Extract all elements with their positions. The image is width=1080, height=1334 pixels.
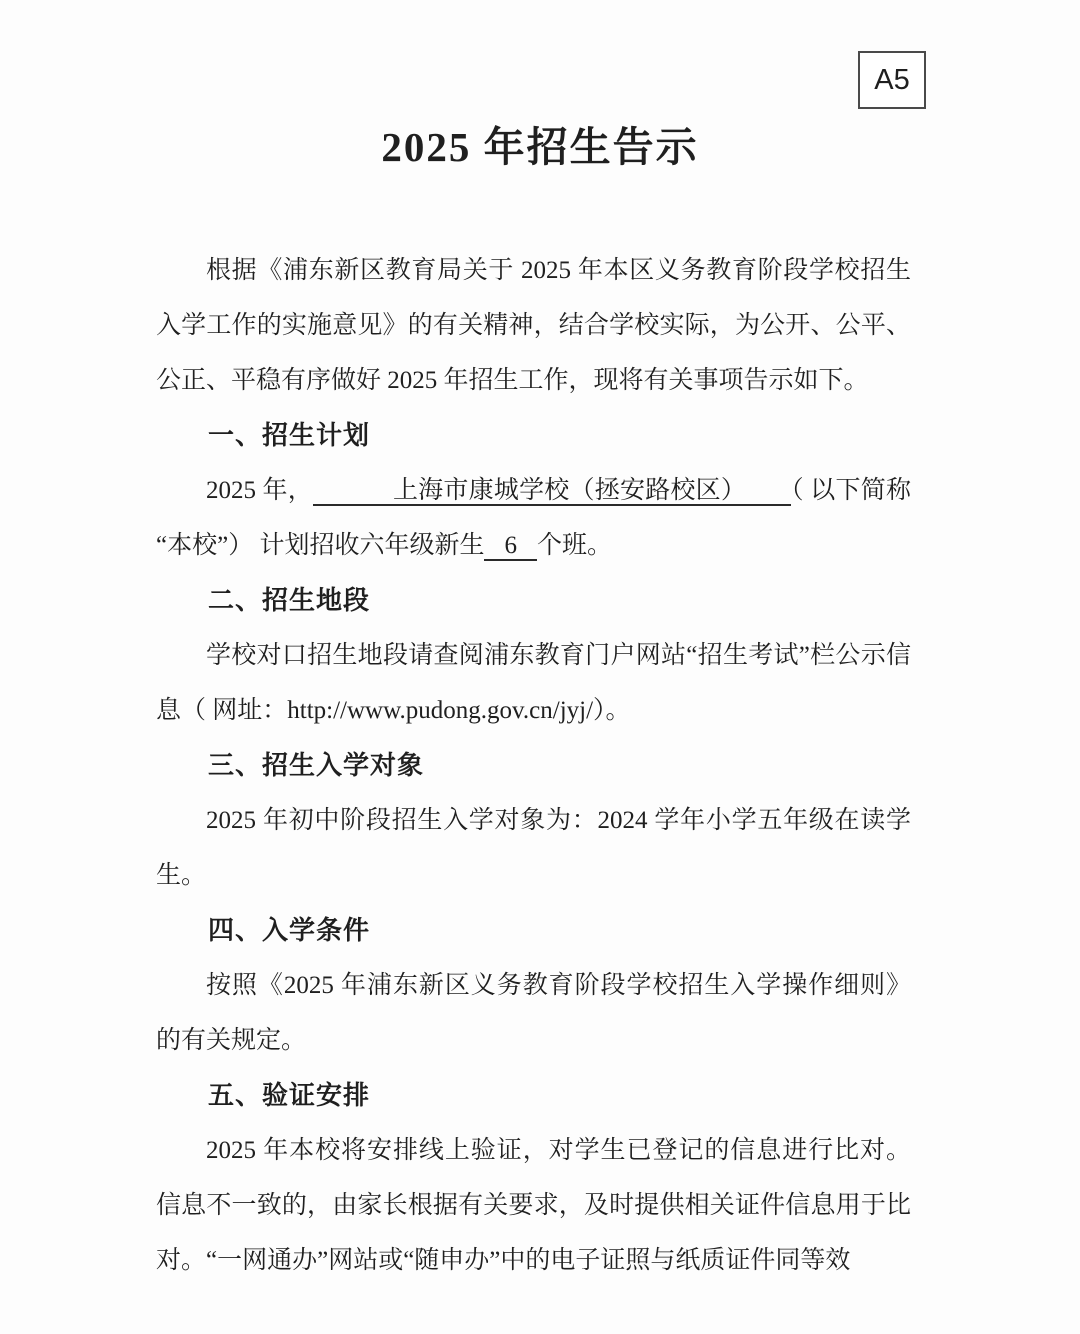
intro-paragraph: 根据《浦东新区教育局关于 2025 年本区义务教育阶段学校招生入学工作的实施意见… <box>156 243 911 408</box>
section-heading-enrollment-plan: 一、招生计划 <box>156 408 911 463</box>
document-page: A5 2025 年招生告示 根据《浦东新区教育局关于 2025 年本区义务教育阶… <box>0 0 1080 1334</box>
website-url: http://www.pudong.gov.cn/jyj/ <box>287 697 593 724</box>
enrollment-plan-paragraph: 2025 年，上海市康城学校（拯安路校区）（ 以下简称“本校”） 计划招收六年级… <box>156 463 911 573</box>
section-heading-verification-arrangement: 五、验证安排 <box>156 1068 911 1123</box>
section-heading-admission-conditions: 四、入学条件 <box>156 903 911 958</box>
district-text-end: ）。 <box>593 697 631 724</box>
plan-suffix-text: 个班。 <box>537 532 612 559</box>
section-heading-target-students: 三、招生入学对象 <box>156 738 911 793</box>
enrollment-district-paragraph: 学校对口招生地段请查阅浦东教育门户网站“招生考试”栏公示信息（ 网址：http:… <box>156 628 911 738</box>
section-heading-enrollment-district: 二、招生地段 <box>156 573 911 628</box>
verification-arrangement-paragraph: 2025 年本校将安排线上验证，对学生已登记的信息进行比对。信息不一致的，由家长… <box>156 1123 911 1288</box>
plan-prefix-text: 2025 年， <box>206 477 313 504</box>
class-count-blank: 6 <box>484 532 537 561</box>
admission-conditions-paragraph: 按照《2025 年浦东新区义务教育阶段学校招生入学操作细则》的有关规定。 <box>156 958 911 1068</box>
target-students-paragraph: 2025 年初中阶段招生入学对象为：2024 学年小学五年级在读学生。 <box>156 793 911 903</box>
document-body: 根据《浦东新区教育局关于 2025 年本区义务教育阶段学校招生入学工作的实施意见… <box>0 243 911 1288</box>
page-size-badge: A5 <box>858 51 926 109</box>
school-name-blank: 上海市康城学校（拯安路校区） <box>313 477 791 506</box>
